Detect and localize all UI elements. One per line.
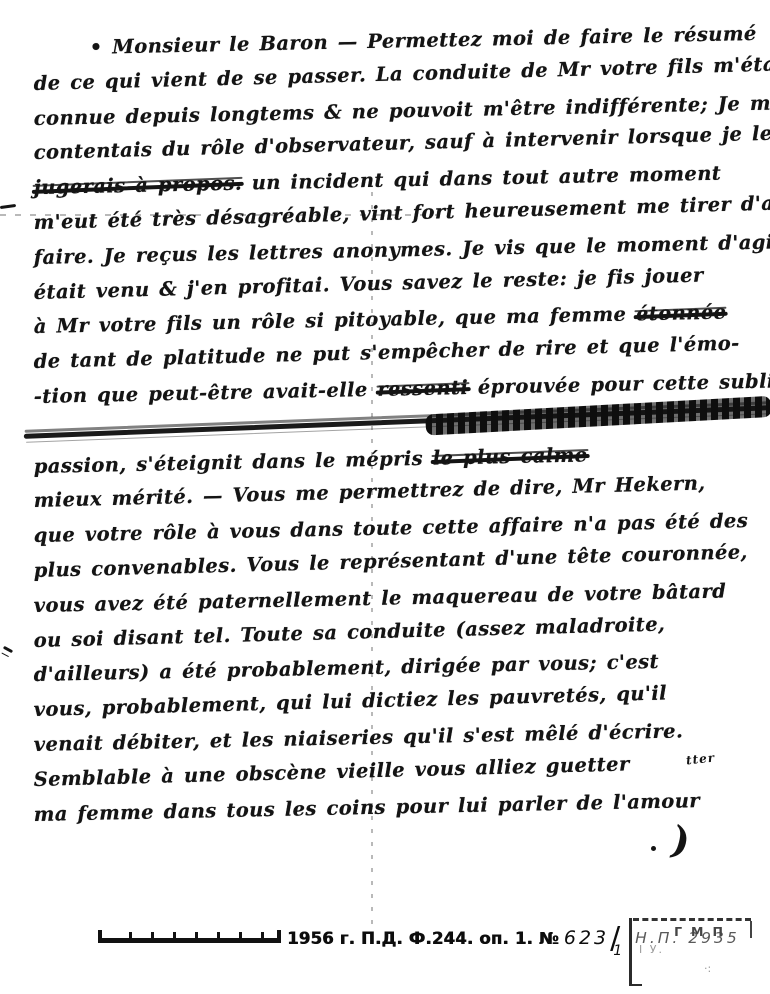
ink-speck: [3, 646, 13, 653]
stamped-caption-text: 1956 г. П.Д. Ф.244. оп. 1. №: [287, 929, 559, 948]
struck-text: ressenti: [377, 376, 468, 401]
handwritten-correction: tter: [685, 751, 715, 768]
museum-stamp-box: ГМП І У. ·:: [629, 918, 764, 986]
struck-text: le plus calme: [432, 443, 587, 469]
struck-text: étonnée: [636, 301, 727, 326]
stamp-label: ГМП: [632, 924, 764, 939]
struck-text: jugerais à propos.: [34, 172, 243, 199]
line-text: -tion que peut-être avait-elle: [34, 378, 378, 408]
stamp-faint-mark: І У.: [639, 943, 664, 956]
ink-speck: [0, 204, 16, 209]
inventory-number: 623 / 1: [564, 927, 628, 949]
ink-dot: [651, 846, 656, 851]
manuscript-text-block: • Monsieur le Baron — Permettez moi de f…: [34, 32, 760, 832]
manuscript-page: • Monsieur le Baron — Permettez moi de f…: [0, 0, 770, 994]
scale-ruler: [98, 930, 281, 943]
stamp-faint-dot: ·:: [704, 962, 711, 975]
line-text: éprouvée pour cette sublime: [468, 369, 770, 399]
line-text: passion, s'éteignit dans le mépris: [34, 446, 433, 477]
stamp-box-foot: [632, 984, 642, 986]
scale-ruler-ticks: [110, 932, 269, 939]
inventory-number-main: 623: [564, 927, 609, 949]
inventory-number-sub: 1: [613, 943, 622, 959]
